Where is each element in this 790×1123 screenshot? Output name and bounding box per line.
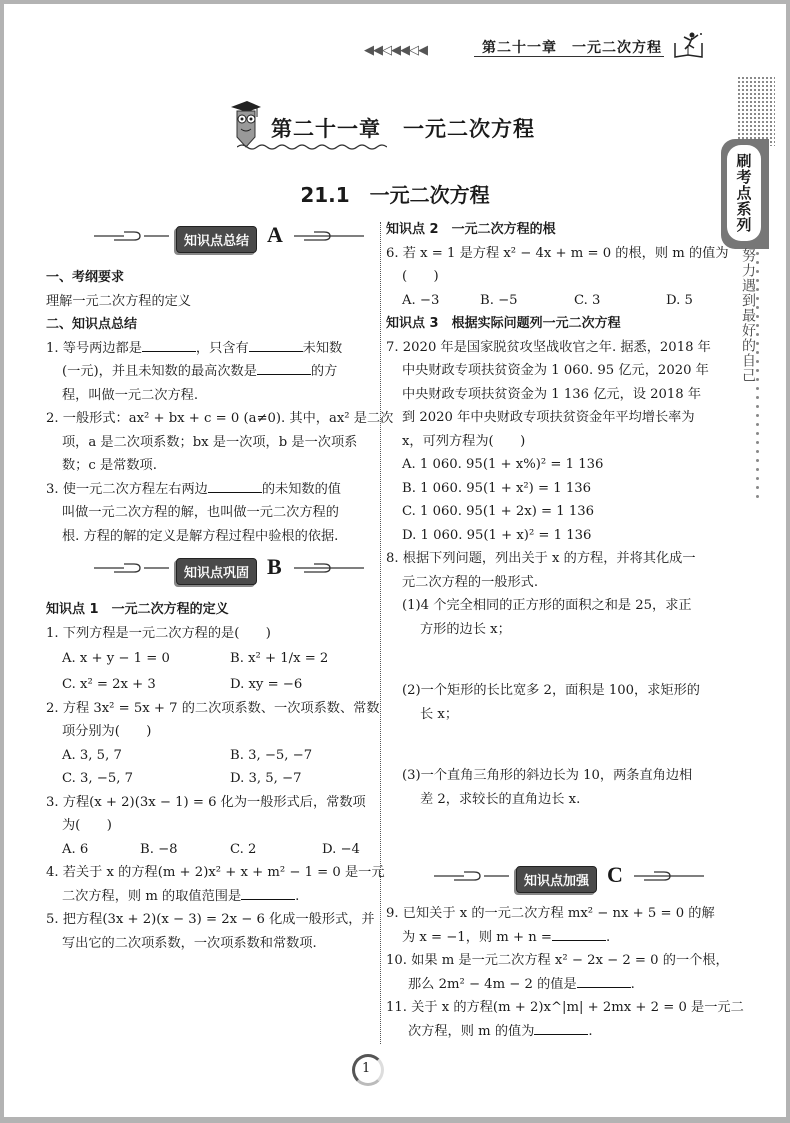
- question-3: 3. 方程(x + 2)(3x − 1) = 6 化为一般形式后，常数项: [46, 791, 372, 815]
- right-exercises-c: 9. 已知关于 x 的一元二次方程 mx² − nx + 5 = 0 的解 为 …: [386, 902, 712, 1043]
- question-1: 1. 下列方程是一元二次方程的是( ): [46, 622, 372, 646]
- right-column: 知识点 2 一元二次方程的根 6. 若 x = 1 是方程 x² − 4x + …: [386, 218, 712, 811]
- knowledge-point-1: 知识点 1 一元二次方程的定义: [46, 598, 372, 622]
- q1-options-row1: A. x + y − 1 = 0 B. x² + 1/x = 2: [46, 645, 372, 673]
- requirement-text: 理解一元二次方程的定义: [46, 290, 372, 314]
- motto: 努力遇到最好的自己: [738, 248, 758, 383]
- option: A. −3: [402, 289, 480, 313]
- question-4: 4. 若关于 x 的方程(m + 2)x² + x + m² − 1 = 0 是…: [46, 861, 372, 885]
- chapter-title: 第二十一章 一元二次方程: [271, 113, 535, 143]
- question-10: 10. 如果 m 是一元二次方程 x² − 2x − 2 = 0 的一个根，: [386, 949, 712, 973]
- heading-summary: 二、知识点总结: [46, 313, 372, 337]
- option: B. −5: [480, 289, 574, 313]
- question-5: 5. 把方程(3x + 2)(x − 3) = 2x − 6 化成一般形式，并: [46, 908, 372, 932]
- dot-pattern: [737, 76, 775, 146]
- pencil-mascot-icon: [229, 99, 263, 147]
- option: C. 3, −5, 7: [62, 767, 230, 791]
- banner-summary: 知识点总结 A: [94, 222, 364, 252]
- banner-letter: B: [267, 554, 282, 580]
- summary-item-1: 1. 等号两边都是，只含有未知数: [46, 337, 372, 361]
- option: B. −8: [140, 838, 230, 862]
- textbook-page: ◀◀◁◀◀◁◀ 第二十一章 一元二次方程 刷考点系列 努力遇到最好的自己 第二十…: [4, 4, 786, 1117]
- column-divider: [380, 222, 381, 1044]
- option: D. 1 060. 95(1 + x)² = 1 136: [386, 524, 712, 548]
- summary-item-3: 3. 使一元二次方程左右两边的未知数的值: [46, 478, 372, 502]
- banner-label: 知识点巩固: [176, 558, 257, 585]
- question-6: 6. 若 x = 1 是方程 x² − 4x + m = 0 的根，则 m 的值…: [386, 242, 712, 266]
- banner-strengthen: 知识点加强 C: [434, 862, 704, 892]
- running-title: 第二十一章 一元二次方程: [482, 37, 662, 57]
- section-title: 21.1 一元二次方程: [4, 179, 786, 208]
- page-number-badge: 1: [352, 1054, 386, 1088]
- option: B. 1 060. 95(1 + x²) = 1 136: [386, 477, 712, 501]
- q8-part-2: (2)一个矩形的长比宽多 2，面积是 100，求矩形的: [386, 679, 712, 703]
- answer-space: [386, 641, 712, 679]
- question-11: 11. 关于 x 的方程(m + 2)x^|m| + 2mx + 2 = 0 是…: [386, 996, 712, 1020]
- option: D. xy = −6: [230, 673, 302, 697]
- vertical-dots: [756, 252, 760, 504]
- question-8: 8. 根据下列问题，列出关于 x 的方程，并将其化成一: [386, 547, 712, 571]
- option: D. −4: [322, 838, 360, 862]
- question-9: 9. 已知关于 x 的一元二次方程 mx² − nx + 5 = 0 的解: [386, 902, 712, 926]
- knowledge-point-2: 知识点 2 一元二次方程的根: [386, 218, 712, 242]
- question-7: 7. 2020 年是国家脱贫攻坚战收官之年. 据悉，2018 年: [386, 336, 712, 360]
- banner-label: 知识点加强: [516, 866, 597, 893]
- option: C. 3: [574, 289, 666, 313]
- q8-part-3: (3)一个直角三角形的斜边长为 10，两条直角边相: [386, 764, 712, 788]
- q8-part-1: (1)4 个完全相同的正方形的面积之和是 25，求正: [386, 594, 712, 618]
- q1-options-row2: C. x² = 2x + 3 D. xy = −6: [46, 673, 372, 697]
- arrow-decoration-icon: ◀◀◁◀◀◁◀: [364, 43, 427, 58]
- option: B. 3, −5, −7: [230, 744, 312, 768]
- banner-letter: A: [267, 222, 283, 248]
- option: C. x² = 2x + 3: [62, 673, 230, 697]
- running-header: ◀◀◁◀◀◁◀ 第二十一章 一元二次方程: [354, 31, 714, 61]
- knowledge-point-3: 知识点 3 根据实际问题列一元二次方程: [386, 312, 712, 336]
- page-number: 1: [362, 1061, 370, 1076]
- option: C. 1 060. 95(1 + 2x) = 1 136: [386, 500, 712, 524]
- option: A. 3, 5, 7: [62, 744, 230, 768]
- option: D. 3, 5, −7: [230, 767, 301, 791]
- heading-requirements: 一、考纲要求: [46, 266, 372, 290]
- option: B. x² + 1/x = 2: [230, 647, 328, 671]
- option: A. 1 060. 95(1 + x%)² = 1 136: [386, 453, 712, 477]
- option: C. 2: [230, 838, 322, 862]
- question-2: 2. 方程 3x² = 5x + 7 的二次项系数、一次项系数、常数: [46, 697, 372, 721]
- banner-label: 知识点总结: [176, 226, 257, 253]
- option: A. x + y − 1 = 0: [62, 647, 230, 671]
- left-column: 一、考纲要求 理解一元二次方程的定义 二、知识点总结 1. 等号两边都是，只含有…: [46, 266, 372, 548]
- left-exercises: 知识点 1 一元二次方程的定义 1. 下列方程是一元二次方程的是( ) A. x…: [46, 598, 372, 955]
- option: D. 5: [666, 289, 693, 313]
- reading-book-icon: [672, 31, 706, 64]
- banner-letter: C: [607, 862, 623, 888]
- banner-consolidate: 知识点巩固 B: [94, 554, 364, 584]
- answer-space: [386, 726, 712, 764]
- wave-underline: [237, 143, 387, 151]
- option: A. 6: [62, 838, 140, 862]
- summary-item-2: 2. 一般形式：ax² + bx + c = 0 (a≠0). 其中，ax² 是…: [46, 407, 372, 431]
